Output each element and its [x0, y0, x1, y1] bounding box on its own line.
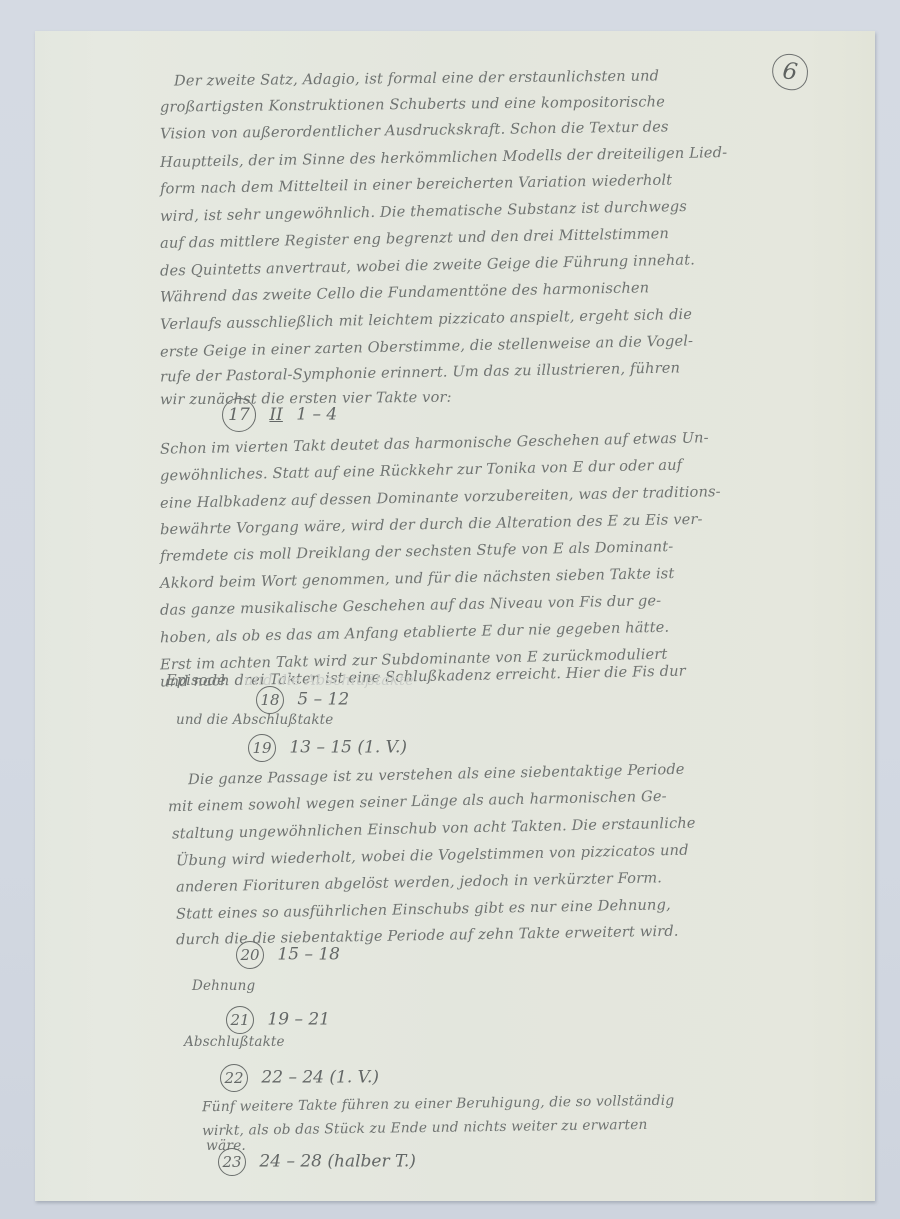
music-example-20: 20 15 – 18	[236, 941, 340, 969]
bar-range: 1 – 4	[296, 405, 337, 425]
label-closing-bars: und die Abschlußtakte	[176, 712, 333, 728]
example-number-circle: 20	[236, 941, 264, 969]
music-example-17: 17 II 1 – 4	[222, 398, 337, 432]
episode-word: Episode	[166, 672, 226, 689]
bar-range: 24 – 28 (halber T.)	[259, 1152, 415, 1172]
music-example-19: 19 13 – 15 (1. V.)	[248, 734, 407, 762]
example-number-circle: 18	[256, 686, 284, 714]
label-closing-bars-2: Abschlußtakte	[184, 1034, 285, 1050]
bar-range: 15 – 18	[277, 945, 340, 965]
music-example-21: 21 19 – 21	[226, 1006, 330, 1034]
music-example-18: 18 5 – 12	[256, 686, 349, 714]
bar-range: 5 – 12	[297, 690, 349, 710]
movement-number: II	[269, 405, 282, 425]
example-number-circle: 23	[218, 1148, 246, 1176]
example-number-circle: 19	[248, 734, 276, 762]
music-example-22: 22 22 – 24 (1. V.)	[220, 1064, 379, 1092]
example-number-circle: 17	[222, 398, 256, 432]
bar-range: 19 – 21	[267, 1010, 330, 1030]
label-extension: Dehnung	[192, 978, 255, 994]
bar-range: 13 – 15 (1. V.)	[289, 738, 407, 758]
bar-range: 22 – 24 (1. V.)	[261, 1068, 379, 1088]
example-number-circle: 22	[220, 1064, 248, 1092]
example-number-circle: 21	[226, 1006, 254, 1034]
music-example-23: 23 24 – 28 (halber T.)	[218, 1148, 416, 1176]
